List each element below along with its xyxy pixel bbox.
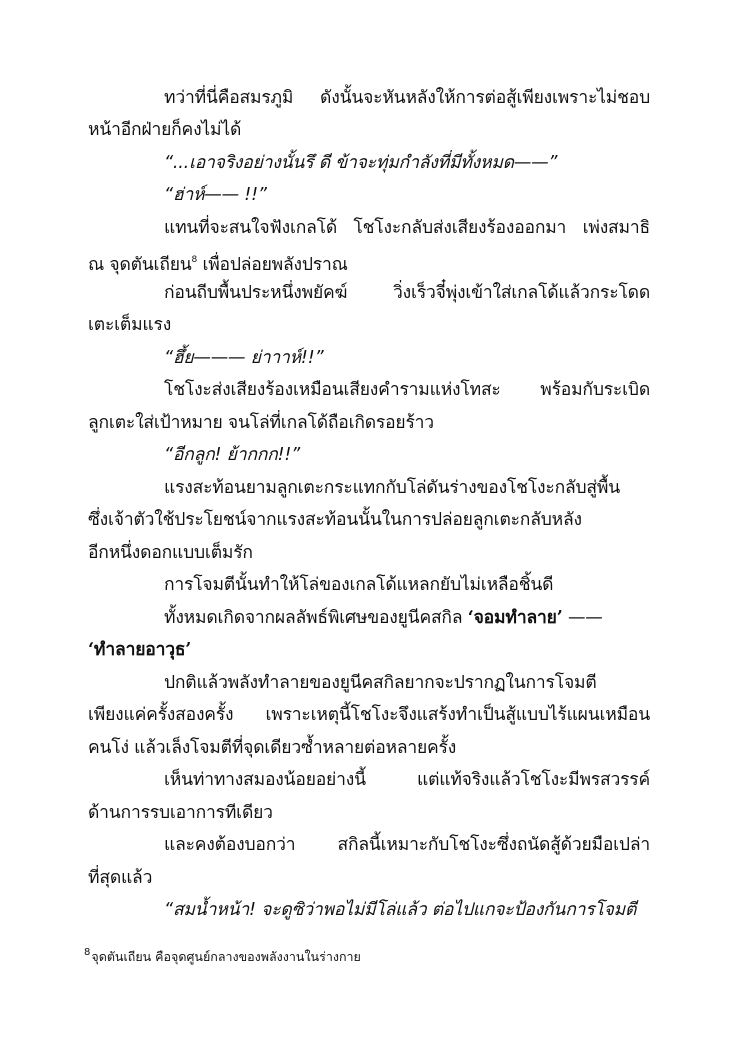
text-segment: เพื่อปล่อยพลังปราณ xyxy=(197,255,348,275)
text-line: อีกหนึ่งดอกแบบเต็มรัก xyxy=(88,541,650,565)
skill-name-line: ‘ทำลายอาวุธ’ xyxy=(88,638,650,662)
text-line: คนโง่ แล้วเล็งโจมตีที่จุดเดียวซ้ำหลายต่อ… xyxy=(88,736,650,760)
text-line: แรงสะท้อนยามลูกเตะกระแทกกับโล่ดันร่างของ… xyxy=(164,476,650,500)
text-line: ปกติแล้วพลังทำลายของยูนีคสกิลยากจะปรากฏใ… xyxy=(164,671,650,695)
skill-name: ‘จอมทำลาย’ xyxy=(468,608,563,628)
text-line: แทนที่จะสนใจฟังเกลโด้ โชโงะกลับส่งเสียงร… xyxy=(164,216,650,240)
dialogue-line: “...เอาจริงอย่างนั้นรึ ดี ข้าจะทุ่มกำลัง… xyxy=(164,151,650,175)
text-line: หน้าอีกฝ่ายก็คงไม่ได้ xyxy=(88,118,650,142)
document-page: ทว่าที่นี่คือสมรภูมิ ดังนั้นจะหันหลังให้… xyxy=(0,0,738,1051)
dialogue-line: “สมน้ำหน้า! จะดูซิว่าพอไม่มีโล่แล้ว ต่อไ… xyxy=(164,898,650,922)
text-line: ทว่าที่นี่คือสมรภูมิ ดังนั้นจะหันหลังให้… xyxy=(164,86,650,110)
dialogue-line: “ฮึ้ย——— ย่าาาห์!!” xyxy=(164,346,650,370)
text-line: ซึ่งเจ้าตัวใช้ประโยชน์จากแรงสะท้อนนั้นใน… xyxy=(88,508,650,532)
text-segment: ทั้งหมดเกิดจากผลลัพธ์พิเศษของยูนีคสกิล xyxy=(164,608,468,628)
text-line: ทั้งหมดเกิดจากผลลัพธ์พิเศษของยูนีคสกิล ‘… xyxy=(164,606,650,630)
footnote: 8จุดตันเถียน คือจุดศูนย์กลางของพลังงานใน… xyxy=(84,944,361,966)
text-line: และคงต้องบอกว่า สกิลนี้เหมาะกับโชโงะซึ่ง… xyxy=(164,833,650,857)
dialogue-line: “อีกลูก! ย้ากกก!!” xyxy=(164,443,650,467)
text-line: เห็นท่าทางสมองน้อยอย่างนี้ แต่แท้จริงแล้… xyxy=(164,768,650,792)
text-line: ที่สุดแล้ว xyxy=(88,866,650,890)
text-line: เตะเต็มแรง xyxy=(88,313,650,337)
text-segment: ณ จุดตันเถียน xyxy=(88,255,192,275)
text-line: เพียงแค่ครั้งสองครั้ง เพราะเหตุนี้โชโงะจ… xyxy=(88,703,650,727)
text-line: ด้านการรบเอาการทีเดียว xyxy=(88,801,650,825)
footnote-number: 8 xyxy=(84,947,90,958)
text-line: โชโงะส่งเสียงร้องเหมือนเสียงคำรามแห่งโทส… xyxy=(164,378,650,402)
footnote-text: จุดตันเถียน คือจุดศูนย์กลางของพลังงานในร… xyxy=(91,949,360,964)
text-line: การโจมตีนั้นทำให้โล่ของเกลโด้แหลกยับไม่เ… xyxy=(164,573,650,597)
text-line: ลูกเตะใส่เป้าหมาย จนโล่ที่เกลโด้ถือเกิดร… xyxy=(88,411,650,435)
dialogue-line: “ฮ่าห์—— !!” xyxy=(164,183,650,207)
text-line: ก่อนถีบพื้นประหนึ่งพยัคฆ์ วิ่งเร็วจี๋พุ่… xyxy=(164,281,650,305)
text-line: ณ จุดตันเถียน8 เพื่อปล่อยพลังปราณ xyxy=(88,248,650,277)
text-segment: —— xyxy=(563,608,603,628)
